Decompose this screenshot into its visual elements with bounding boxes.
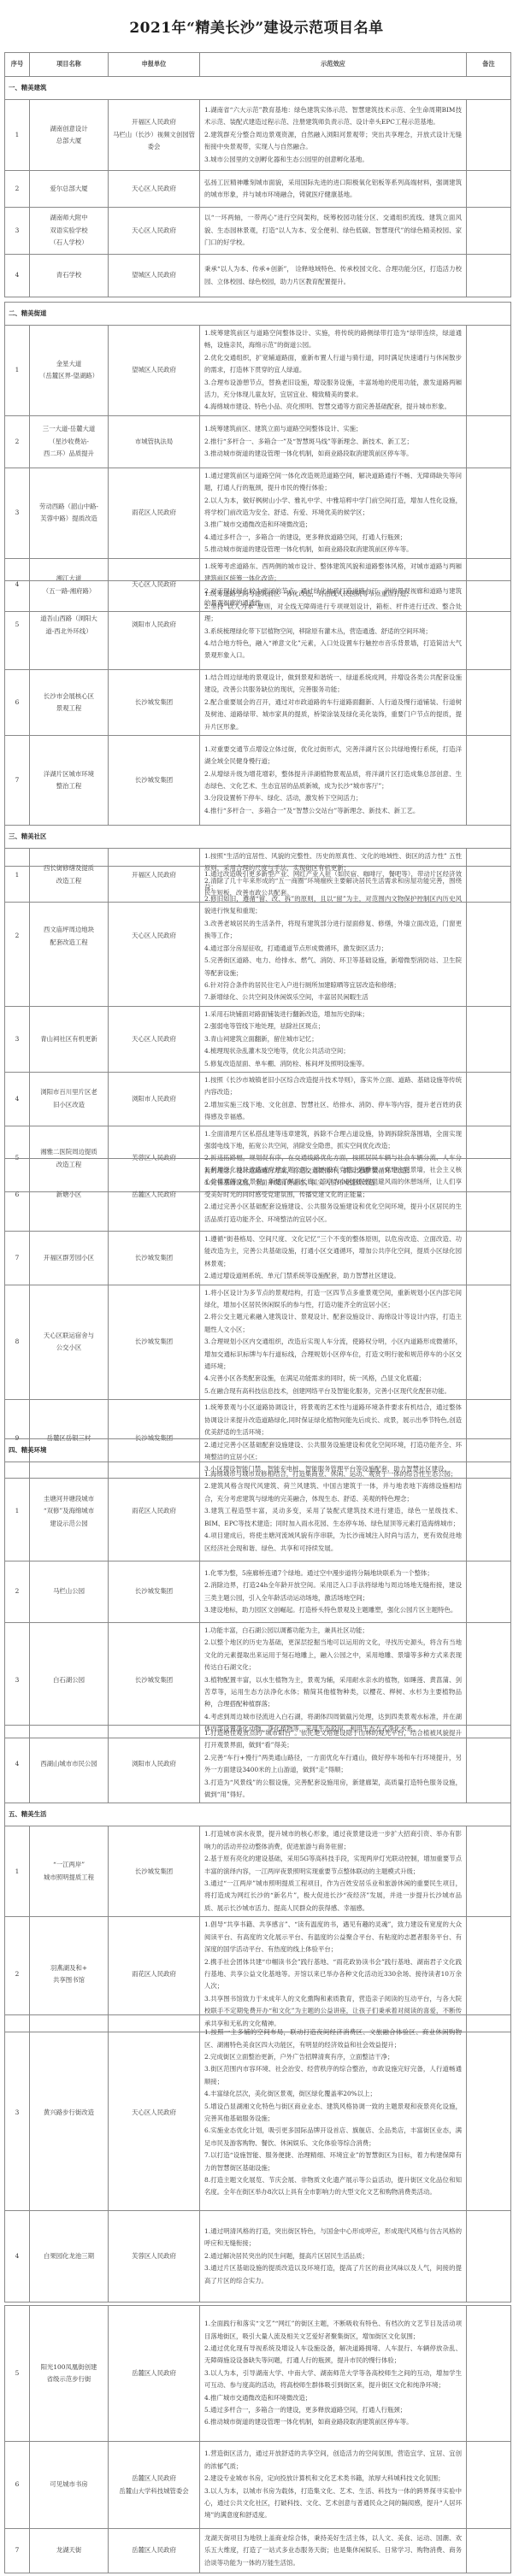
row-number: 6	[5, 670, 30, 736]
effect-item: 4.结合地方特色，融入“禅意文化”元素，入口处设置车行触控市音乐背景墙，打造简洁…	[204, 638, 462, 662]
project-name-line: 总部大厦	[33, 135, 104, 147]
demonstration-effect: 龙湖天街项目为地铁上盖商业综合体，秉持美好生活主体，以人文、美食、运动、国潮、欢…	[200, 2529, 467, 2573]
reporting-unit: 天心区人民政府	[109, 171, 200, 208]
project-name-line: 芙蓉中路）提质改造	[33, 513, 104, 525]
remarks	[467, 670, 511, 736]
project-name-line: 道吾山西路（浏阳大	[33, 613, 104, 625]
page-title: 2021年“精美长沙”建设示范项目名单	[0, 15, 513, 37]
table-row: 7龙湖天街岳麓区人民政府龙湖天街项目为地铁上盖商业综合体，秉持美好生活主体，以人…	[5, 2529, 511, 2573]
project-name-line: 爱尔总部大厦	[33, 183, 104, 195]
project-name-line: 三一大道-岳麓大道	[33, 423, 104, 435]
effect-item: 1.全面践行和落实“文艺”“网红”的街区主题，不断吸收有特色、有档次的文艺节目及…	[204, 2318, 462, 2343]
remarks	[467, 2529, 511, 2573]
project-name-line: 建设示范公园	[33, 1518, 104, 1530]
effect-item: 5.在融合现有高科技信息技术，创建网络平台及智能化服务，完善小区现代化配套功能。	[204, 1385, 462, 1397]
effect-item: 龙湖天街项目为地铁上盖商业综合体，秉持美好生活主体，以人文、美食、运动、国潮、欢…	[204, 2532, 462, 2569]
effect-item: 2.通过完善小区基础配套设施建设、公共服务设施建设和优化空间环境，提升小区居民的…	[204, 1201, 462, 1226]
effect-item: 1.功能丰富，白石湖公园以调蓄功能为主，兼具社区功能；	[204, 1625, 462, 1637]
reporting-unit: 长沙城发集团	[109, 1232, 200, 1285]
demonstration-effect: 1.遵循“街巷格局、空间尺度、文化记忆”三个不变的整体原则，以危房改造、立面改造…	[200, 1232, 467, 1285]
row-number: 2	[5, 171, 30, 208]
table-row: 4西湖山城市市民公园浏阳市人民政府1.打造绝佳观赏点的“城市阳台”。依托楚文塔建…	[5, 1726, 511, 1803]
effect-item: 以“一环两轴，一带两心”进行空间架构，统筹校园功能分区、交通组织流线、建筑立面风…	[204, 212, 462, 249]
table-row: 3劳动西路（韶山中路-芙蓉中路）提质改造雨花区人民政府1.通过建筑前区与道路空间…	[5, 468, 511, 558]
project-name: 金星大道（岳麓区界-望湖路）	[30, 326, 109, 416]
reporting-unit: 芙蓉区人民政府	[109, 2211, 200, 2303]
remarks	[467, 100, 511, 171]
section-heading-row: 一、精美建筑	[5, 77, 511, 100]
section-heading: 二、精美街道	[5, 303, 511, 326]
effect-item: 1.打造城市滨水夜景，提升城市的核心形象，通过夜景建设进一步扩大招商引资、举办有…	[204, 1828, 462, 1853]
reporting-unit: 岳麓区人民政府	[109, 1159, 200, 1232]
effect-item: 3.以人为本，以城市书房为载体，打造集文化、艺术、生活、科技为一体的跨界探寻实验…	[204, 2485, 462, 2522]
project-name-line: 公交小区	[33, 1342, 104, 1354]
reporting-unit: 长沙城发集团	[109, 736, 200, 826]
project-name: 长沙市会展核心区景观工程	[30, 670, 109, 736]
demonstration-effect: 1.湖南省“六大示范”教育基地：绿色建筑实体示范、智慧建筑技术示范、全生命周期B…	[200, 100, 467, 171]
project-name: 湖南创意设计总部大厦	[30, 100, 109, 171]
effect-item: 弘扬工匠精神雕刻城市面貌，采用国际先进的进口阳极氧化铝板等系列高端材料，强调建筑…	[204, 177, 462, 202]
row-number: 1	[5, 326, 30, 416]
effect-item: 2.通过解决居民突出的民生问题，提高片区居民生活品质；	[204, 2250, 462, 2262]
section-heading: 一、精美建筑	[5, 77, 511, 100]
reporting-unit-line: 岳麓区人民政府	[111, 2544, 197, 2556]
project-name-line: 青山祠社区有机更新	[33, 1033, 104, 1045]
effect-item: 4.海绵城市建设、特色小品、亮化照明、智慧交通等方面完善基础配套，提升城市形象。	[204, 401, 462, 413]
project-name-line: 新塘小区	[33, 1189, 104, 1201]
demonstration-effect: 秉承“以人为本、传承+创新”， 诠释地域特色、传承校园文化、合理功能分区，打造活…	[200, 255, 467, 297]
project-name: 浏阳市百川里片区老旧小区改造	[30, 1073, 109, 1126]
demonstration-effect: 1.利用绿化地块改造成党建主题公园，园内设有党建主题雕塑、党建主题景墙，社会主义…	[200, 1159, 467, 1232]
reporting-unit-line: 芙蓉区人民政府	[111, 2250, 197, 2262]
table-row: 2西文庙坪周边地块配套改造工程天心区人民政府1.通过改造吸引更多新型产业、网红产…	[5, 867, 511, 1007]
row-number: 1	[5, 1826, 30, 1917]
reporting-unit-line: 雨花区人民政府	[111, 507, 197, 519]
row-number: 3	[5, 2015, 30, 2211]
demonstration-effect: 1.化零为整，5座廊桥连通7个绿地。通过空中漫步道将分隔地块联系为一个整体；2.…	[200, 1561, 467, 1623]
table-row: 6可见城市书房岳麓区人民政府岳麓山大学科技城管委会1.营造街区活力，通过开放舒适…	[5, 2442, 511, 2529]
row-number: 4	[5, 1073, 30, 1126]
demonstration-effect: 1.通过改造吸引更多新型产业、网红产业入驻（如民宿、咖啡厅、餐吧等），带动片区经…	[200, 867, 467, 1007]
row-number: 8	[5, 1285, 30, 1400]
project-name-line: 配套改造工程	[33, 937, 104, 949]
table-row: 1“一江两岸”城市照明提质工程长沙城发集团1.打造城市滨水夜景，提升城市的核心形…	[5, 1826, 511, 1917]
project-name: 道吾山西路（浏阳大道-西北外环线）	[30, 581, 109, 670]
section-heading: 五、精美生活	[5, 1803, 511, 1826]
remarks	[467, 1073, 511, 1126]
effect-item: 1.遵循“街巷格局、空间尺度、文化记忆”三个不变的整体原则，以危房改造、立面改造…	[204, 1233, 462, 1270]
project-name-line: 白石湖公园	[33, 1674, 104, 1686]
reporting-unit: 长沙城发集团	[109, 1285, 200, 1400]
effect-item: 2.通过优化现有导视系统及增设人车设施设备，解决道路拥堵、人车混行、车辆停放杂乱…	[204, 2343, 462, 2367]
demonstration-effect: 1.全面践行和落实“文艺”“网红”的街区主题，不断吸收有特色、有档次的文艺节目及…	[200, 2306, 467, 2442]
effect-item: 1.利用绿化地块改造成党建主题公园，园内设有党建主题雕塑、党建主题景墙，社会主义…	[204, 1164, 462, 1201]
project-name: 青山祠社区有机更新	[30, 1007, 109, 1073]
effect-item: 2.优化交通组织，扩宽辅道路面，重新布置人行道与骑行道，同时满足快速通行与休闲散…	[204, 352, 462, 377]
table-row: 1湖南创意设计总部大厦开福区人民政府马栏山（长沙）视频文创园管委会1.湖南省“六…	[5, 100, 511, 171]
remarks	[467, 1285, 511, 1400]
effect-item: 3.改善老城居民的生活条件，将现有建筑部分进行屋面修复、修缮，外墙立面改造，门窗…	[204, 918, 462, 943]
demonstration-effect: 1.营造街区活力，通过开放舒适的共享空间，创造活力的空间氛围，营造宜学、宜居、宜…	[200, 2442, 467, 2529]
reporting-unit-line: 长沙城发集团	[111, 774, 197, 786]
project-name: 湖南师大附中双语实验学校（石人学校）	[30, 208, 109, 255]
effect-item: 2.携手社会团体共建“巾帼读书会”践行基地、“雨花政协读书会”践行基地、湖南君子…	[204, 1956, 462, 1993]
effect-item: 7.新增绿化、公共空间及休闲娱乐空间，丰富居民闲暇生活	[204, 991, 462, 1003]
reporting-unit: 长沙城发集团	[109, 670, 200, 736]
effect-item: 5.增设凸显湖湘文化特色与街区商业业态、建筑风格协调一致的主题景观和夜景亮化设施…	[204, 2101, 462, 2126]
row-number: 7	[5, 2529, 30, 2573]
row-number: 4	[5, 1726, 30, 1803]
effect-item: 1.全面清理片区私搭乱建等违章建筑，拆除不合理占道设施，协调拆除院落围墙，全面实…	[204, 1128, 462, 1153]
project-name-line: 双语实验学校	[33, 225, 104, 237]
project-name-line: 天心区联运宿舍与	[33, 1330, 104, 1342]
table-segment: 5道吾山西路（浏阳大道-西北外环线）浏阳市人民政府1.统筹道路空间与建筑前区一体…	[4, 580, 511, 903]
effect-item: 1.统筹道路空间与建筑前区一体化改造，对沿线人民医院等节点重点打造；	[204, 588, 462, 600]
effect-item: 1.统筹景观与小区道路协调设计，将景观的艺术性与道路环境条件要求有机结合，通过整…	[204, 1402, 462, 1438]
project-name-line: 羽燕湖及和+	[33, 1962, 104, 1974]
row-number: 6	[5, 2442, 30, 2529]
remarks	[467, 415, 511, 468]
table-row: 3黄兴路步行街改造天心区人民政府1.按照一主多辅的空间布局，联动打造夜间经济消费…	[5, 2015, 511, 2211]
section-heading-row: 五、精美生活	[5, 1803, 511, 1826]
effect-item: 2.强弱电等管线下地处理，祛除社区斑点；	[204, 1020, 462, 1032]
project-name-line: （石人学校）	[33, 237, 104, 249]
remarks	[467, 581, 511, 670]
project-name-line: 旧小区改造	[33, 1099, 104, 1111]
remarks	[467, 736, 511, 826]
effect-item: 4.丰富绿化层次，美化街区景观，街区绿化覆盖率20%以上；	[204, 2088, 462, 2100]
row-number: 2	[5, 867, 30, 1007]
demonstration-effect: 1.结合周边绿地的景观设计，做到景观和谐统一、绿道系统成网，并增设各类公共配套设…	[200, 670, 467, 736]
demonstration-effect: 1.采用石块铺面对路面铺装进行翻新改造，增加历史韵味；2.强弱电等管线下地处理，…	[200, 1007, 467, 1073]
reporting-unit-line: 浏阳市人民政府	[111, 619, 197, 631]
table-row: 3青山祠社区有机更新天心区人民政府1.采用石块铺面对路面铺装进行翻新改造，增加历…	[5, 1007, 511, 1073]
effect-item: 2.完善“车行+慢行”两类通山路径，一方面优化车行通山，做好停车场和车行环境提升…	[204, 1752, 462, 1777]
row-number: 1	[5, 1462, 30, 1561]
table-segment: 4西湖山城市市民公园浏阳市人民政府1.打造绝佳观赏点的“城市阳台”。依托楚文塔建…	[4, 1725, 511, 2032]
effect-item: 6.推动城市街道的建设管理一体化机制，如商业路段取消建筑前区停车等。	[204, 2416, 462, 2428]
effect-item: 5.修复改造屋面、单车棚、消防栓、栋间坪及照明设施等。	[204, 1058, 462, 1070]
reporting-unit-line: 雨花区人民政府	[111, 1968, 197, 1980]
reporting-unit-line: 岳麓区人民政府	[111, 1189, 197, 1201]
demonstration-effect: 1.按照一主多辅的空间布局，联动打造夜间经济消费区、文旅融合体验区、商业休闲购物…	[200, 2015, 467, 2211]
remarks	[467, 2306, 511, 2442]
reporting-unit-line: 岳麓区人民政府	[111, 2473, 197, 2485]
table-row: 8天心区联运宿舍与公交小区长沙城发集团1.将小区设计为多节点的景观结构，打造一区…	[5, 1285, 511, 1400]
demonstration-effect: 1.按照《长沙市城镇老旧小区综合改造提升技术导则》，落实外立面、道路、基础设施等…	[200, 1073, 467, 1126]
project-name: 黄兴路步行街改造	[30, 2015, 109, 2211]
reporting-unit-line: 长沙城发集团	[111, 1585, 197, 1597]
project-name-line: 金星大道	[33, 358, 104, 370]
project-name-line: 开福区群芳园小区	[33, 1252, 104, 1264]
project-name-line: “一江两岸”	[33, 1859, 104, 1871]
reporting-unit: 开福区人民政府马栏山（长沙）视频文创园管委会	[109, 100, 200, 171]
row-number: 4	[5, 2211, 30, 2303]
effect-item: 4.通过部分房屋征收，打通通道节点形成微循环，激发街区活力；	[204, 943, 462, 955]
effect-item: 2.通过增设道闸系统、单元门禁系统等设施配套，助力智慧社区建设。	[204, 1270, 462, 1282]
row-number: 7	[5, 736, 30, 826]
reporting-unit-line: 天心区人民政府	[111, 1033, 197, 1045]
reporting-unit-line: 长沙城发集团	[111, 1336, 197, 1348]
project-name: 三一大道-岳麓大道（星沙收费站-西二环）品质提升	[30, 415, 109, 468]
reporting-unit: 天心区人民政府	[109, 2015, 200, 2211]
project-name-line: 道-西北外环线）	[33, 626, 104, 638]
table-segment: 四、精美环境1圭塘河井塘段城市“双修”及海绵城市建设示范公园雨花区人民政府1.海…	[4, 1438, 511, 1738]
remarks	[467, 1826, 511, 1917]
demonstration-effect: 1.统筹道路空间与建筑前区一体化改造，对沿线人民医院等节点重点打造；2.坚持“以…	[200, 581, 467, 670]
remarks	[467, 1561, 511, 1623]
demonstration-effect: 以“一环两轴，一带两心”进行空间架构，统筹校园功能分区、交通组织流线、建筑立面风…	[200, 208, 467, 255]
project-name-line: 可见城市书房	[33, 2479, 104, 2491]
project-name-line: 马栏山公园	[33, 1585, 104, 1597]
effect-item: 3.青山祠建筑立面翻新，留住城市记忆；	[204, 1033, 462, 1045]
project-name-line: 西湖山城市市民公园	[33, 1758, 104, 1770]
row-number: 3	[5, 1623, 30, 1738]
effect-item: 1.按照一主多辅的空间布局，联动打造夜间经济消费区、文旅融合体验区、商业休闲购物…	[204, 2026, 462, 2051]
table-row: 6长沙市会展核心区景观工程长沙城发集团1.结合周边绿地的景观设计，做到景观和谐统…	[5, 670, 511, 736]
effect-item: 3.合理布设游憩节点，替换老旧设施，增设服务设施，丰富场地的使用功能，激发道路两…	[204, 377, 462, 402]
project-name: 洋湖片区城市环境整治工程	[30, 736, 109, 826]
reporting-unit-line: 开福区人民政府	[111, 116, 197, 128]
project-name: 西湖山城市市民公园	[30, 1726, 109, 1803]
effect-item: 2.将公交主题元素融入建筑设计、景观设计、配套设施设计、海绵设计等设计内容，打造…	[204, 1311, 462, 1336]
effect-item: 3.建筑工程造型丰富，灵动多变，采用了装配式建筑技术进行建造，绿色一星级技术、B…	[204, 1505, 462, 1530]
reporting-unit-line: 长沙城发集团	[111, 1252, 197, 1264]
remarks	[467, 1007, 511, 1073]
effect-item: 1.海绵城市与城市双修相结合，打造集商业、休闲、运动、观赏于一体的综合性生态公园…	[204, 1468, 462, 1480]
reporting-unit: 长沙城发集团	[109, 1561, 200, 1623]
reporting-unit-line: 浏阳市人民政府	[111, 1093, 197, 1105]
reporting-unit: 天心区人民政府	[109, 208, 200, 255]
effect-item: 2.建筑风格含现代风建筑、荷兰风建筑、中国古建筑于一体，并与地表地下海绵设施相结…	[204, 1480, 462, 1505]
table-row: 4青石学校望城区人民政府秉承“以人为本、传承+创新”， 诠释地域特色、传承校园文…	[5, 255, 511, 297]
reporting-unit: 市城管执法局	[109, 415, 200, 468]
effect-item: 1.按照《长沙市城镇老旧小区综合改造提升技术导则》，落实外立面、道路、基础设施等…	[204, 1074, 462, 1099]
project-name-line: 黄兴路步行街改造	[33, 2107, 104, 2119]
effect-item: 3.街区范围内市容环境、社会治安、经营秩序的综合整治，市政设施完好完备，人行道畅…	[204, 2063, 462, 2088]
demonstration-effect: 弘扬工匠精神雕刻城市面貌，采用国际先进的进口阳极氧化铝板等系列高端材料，强调建筑…	[200, 171, 467, 208]
project-name: 开福区群芳园小区	[30, 1232, 109, 1285]
effect-item: 5.完善街区道路、电力、给排水、燃气、消防、环卫等基础设施，新增微型消防站、卫生…	[204, 955, 462, 979]
reporting-unit-line: 天心区人民政府	[111, 225, 197, 237]
effect-item: 8.打造主题文化展览、节庆会展、非物质文化遗产展示等公益活动，提升街区文化品位和…	[204, 2174, 462, 2199]
table-row: 5阳光100凤凰街创建省级示范步行街岳麓区人民政府1.全面践行和落实“文艺”“网…	[5, 2306, 511, 2442]
reporting-unit: 浏阳市人民政府	[109, 1726, 200, 1803]
effect-item: 4.推行“多杆合一、多箱合一”及“智慧公交站台”等新理念、新技术、新工艺。	[204, 805, 462, 817]
effect-item: 2.以整个地区的历史为基础，更深层挖掘当地可以运用的文化，寻找历史源头，将含有当…	[204, 1637, 462, 1673]
effect-item: 1.对重要交通节点增设立体过街，优化过街形式，完善洋湖片区公共绿地慢行系统，打造…	[204, 744, 462, 768]
effect-item: 4.通过多杆合一，多箱合一的建设，更多释放道路空间，打通人行瓶颈；	[204, 532, 462, 544]
table-segment: 5阳光100凤凰街创建省级示范步行街岳麓区人民政府1.全面践行和落实“文艺”“网…	[4, 2305, 511, 2573]
project-name-line: 龙湖天街	[33, 2544, 104, 2556]
effect-item: 1.统筹建筑前区、建筑立面与道路空间整体设计、实施；	[204, 423, 462, 435]
column-header-note: 备注	[467, 53, 511, 77]
reporting-unit: 望城区人民政府	[109, 326, 200, 416]
effect-item: 4.项目建成后，将使圭塘河流域风貌有序串联，为长沙南城注入时尚与活力，更有效促进…	[204, 1530, 462, 1555]
project-name-line: 湖南创意设计	[33, 123, 104, 135]
effect-item: 1.营造街区活力，通过开放舒适的共享空间，创造活力的空间氛围，营造宜学、宜居、宜…	[204, 2448, 462, 2473]
reporting-unit-line: 望城区人民政府	[111, 364, 197, 376]
effect-item: 1.通过改造吸引更多新型产业、网红产业入驻（如民宿、咖啡厅、餐吧等），带动片区经…	[204, 868, 462, 893]
project-name-line: 省级示范步行街	[33, 2373, 104, 2385]
effect-item: 1.打造绝佳观赏点的“城市阳台”。依托楚文塔建设隐于山林的观光平台，结合植被风貌…	[204, 1727, 462, 1752]
effect-item: 3.推广城市交通微改造和环境微改造；	[204, 519, 462, 531]
reporting-unit-line: 雨花区人民政府	[111, 1505, 197, 1517]
demonstration-effect: 1.通过建筑前区与道路空间一体化改造规范道路空间，解决道路通行不畅、无障碍缺失等…	[200, 468, 467, 558]
reporting-unit-line: 长沙城发集团	[111, 697, 197, 709]
table-row: 6新塘小区岳麓区人民政府1.利用绿化地块改造成党建主题公园，园内设有党建主题雕塑…	[5, 1159, 511, 1232]
table-row: 2马栏山公园长沙城发集团1.化零为整，5座廊桥连通7个绿地。通过空中漫步道将分隔…	[5, 1561, 511, 1623]
demonstration-effect: 1.打造绝佳观赏点的“城市阳台”。依托楚文塔建设隐于山林的观光平台，结合植被风貌…	[200, 1726, 467, 1803]
reporting-unit-line: 天心区人民政府	[111, 183, 197, 195]
reporting-unit: 天心区人民政府	[109, 867, 200, 1007]
project-name-line: （星沙收费站-	[33, 436, 104, 448]
effect-item: 2.基于原有亮化的建设基础，采用5G等高科技手段，实现两岸灯光联动控制，增加重要…	[204, 1853, 462, 1878]
reporting-unit: 长沙城发集团	[109, 1623, 200, 1738]
table-row: 3白石湖公园长沙城发集团1.功能丰富，白石湖公园以调蓄功能为主，兼具社区功能；2…	[5, 1623, 511, 1738]
effect-item: 3.合理规划小区内交通组织，改造后实现人车分流，使路权分明，小区内道路形成微循环…	[204, 1336, 462, 1373]
project-name-line: 景观工程	[33, 703, 104, 715]
reporting-unit: 岳麓区人民政府	[109, 2529, 200, 2573]
project-name-line: 圭塘河井塘段城市	[33, 1493, 104, 1505]
row-number: 1	[5, 100, 30, 171]
effect-item: 4.梳理现状杂乱灌木及空地等，优化公共活动空间；	[204, 1045, 462, 1057]
remarks	[467, 2442, 511, 2529]
project-name-line: 西文庙坪周边地块	[33, 924, 104, 936]
reporting-unit-line: 望城区人民政府	[111, 269, 197, 281]
table-row: 4白果园化龙池三期芙蓉区人民政府1.通过明清风格的打造，突出街区特色，与国金中心…	[5, 2211, 511, 2303]
project-name: 劳动西路（韶山中路-芙蓉中路）提质改造	[30, 468, 109, 558]
effect-item: 3.打造为“风景线”的公服设施，完善配套设施用房，新建廊架，高质量打造特色服务设…	[204, 1777, 462, 1802]
project-name-line: 湘雅二医院周边提质	[33, 1146, 104, 1158]
reporting-unit: 浏阳市人民政府	[109, 1073, 200, 1126]
effect-item: 2.坚持“以人为本”原则，对全线无障碍进行专项规划设计，箱柜、杆件进行迁改、整合…	[204, 601, 462, 626]
project-name-line: 劳动西路（韶山中路-	[33, 501, 104, 513]
effect-item: 2.完成街区立面整治更新，户外广告招牌清爽有序，立面整洁干净；	[204, 2051, 462, 2063]
remarks	[467, 1623, 511, 1738]
effect-item: 秉承“以人为本、传承+创新”， 诠释地域特色、传承校园文化、合理功能分区，打造活…	[204, 263, 462, 288]
project-name-line: 西二环）品质提升	[33, 448, 104, 460]
remarks	[467, 1159, 511, 1232]
section-heading: 四、精美环境	[5, 1439, 511, 1462]
reporting-unit-line: 岳麓山大学科技城管委会	[111, 2485, 197, 2497]
effect-item: 5.推动城市街道的建设管理一体化机制，如商业路段取消建筑前区停车等。	[204, 544, 462, 556]
remarks	[467, 1726, 511, 1803]
project-name-line: （岳麓区界-望湖路）	[33, 370, 104, 382]
column-header-effect: 示范效应	[200, 53, 467, 77]
effect-item: 6.针对符合条件的居民住宅入户进行厕所加建晾晒等宜居改造和修缮；	[204, 979, 462, 991]
effect-item: 4.完善小区各类配套设施，在满足功能需求的同时，统一风格，凸显文化底蕴；	[204, 1373, 462, 1385]
column-header-name: 项目名称	[30, 53, 109, 77]
table-row: 1圭塘河井塘段城市“双修”及海绵城市建设示范公园雨花区人民政府1.海绵城市与城市…	[5, 1462, 511, 1561]
effect-item: 2.消除边界，打造24h全年龄开放空间。采用泛入口手法将绿地与周边场地无缝衔接，…	[204, 1579, 462, 1604]
effect-item: 1.结合周边绿地的景观设计，做到景观和谐统一、绿道系统成网，并增设各类公共配套设…	[204, 672, 462, 697]
project-name-line: 共享图书馆	[33, 1974, 104, 1986]
reporting-unit: 浏阳市人民政府	[109, 581, 200, 670]
row-number: 4	[5, 255, 30, 297]
row-number: 7	[5, 1232, 30, 1285]
effect-item: 3.推动城市街道的建设管理一体化机制，如商业路段取消建筑前区停车等。	[204, 448, 462, 460]
table-segment: 二、精美街道1金星大道（岳麓区界-望湖路）望城区人民政府1.统筹建筑前区与道路空…	[4, 302, 511, 612]
effect-item: 3.通过片区基础设施的提质改造以及环境打造，提高了片区的商业风味以及人气，间接的…	[204, 2262, 462, 2287]
project-name: “一江两岸”城市照明提质工程	[30, 1826, 109, 1917]
effect-item: 1.将小区设计为多节点的景观结构，打造一区四节点多重景观空间，重新规划小区内部宅…	[204, 1287, 462, 1312]
effect-item: 2.建设专业城市书房，定向投放计算机和文化艺术类书籍，浓厚大科城科技文化氛围；	[204, 2473, 462, 2485]
reporting-unit-line: 浏阳市人民政府	[111, 1758, 197, 1770]
project-name-line: 白果园化龙池三期	[33, 2250, 104, 2262]
reporting-unit: 岳麓区人民政府岳麓山大学科技城管委会	[109, 2442, 200, 2529]
demonstration-effect: 1.海绵城市与城市双修相结合，打造集商业、休闲、运动、观赏于一体的综合性生态公园…	[200, 1462, 467, 1561]
effect-item: 1.统筹建筑前区与道路空间整体设计、实施，将传统的路侧绿带打造为“绿带连续，绿道…	[204, 327, 462, 352]
project-name: 天心区联运宿舍与公交小区	[30, 1285, 109, 1400]
effect-item: 1.化零为整，5座廊桥连通7个绿地。通过空中漫步道将分隔地块联系为一个整体；	[204, 1567, 462, 1579]
reporting-unit: 望城区人民政府	[109, 255, 200, 297]
effect-item: 2.推行“多杆合一、多箱合一”及“智慧斑马线”等新理念、新技术、新工艺；	[204, 436, 462, 448]
table-row: 3湖南师大附中双语实验学校（石人学校）天心区人民政府以“一环两轴，一带两心”进行…	[5, 208, 511, 255]
row-number: 3	[5, 1007, 30, 1073]
reporting-unit-line: 天心区人民政府	[111, 2107, 197, 2119]
effect-item: 5.通过多杆合一，多箱合一的建设，更多释放道路空间，打通人行瓶颈；	[204, 2404, 462, 2416]
remarks	[467, 1232, 511, 1285]
project-name-line: 洋湖片区城市环境	[33, 768, 104, 780]
project-name-line: 湖南师大附中	[33, 212, 104, 224]
project-name: 青石学校	[30, 255, 109, 297]
remarks	[467, 255, 511, 297]
remarks	[467, 208, 511, 255]
column-header-unit: 申报单位	[109, 53, 200, 77]
effect-item: 3.通过“一江两岸”城市照明提质工程项目，作为百姓安居乐业和旅游休闲的重要民生项…	[204, 1878, 462, 1914]
effect-item: 3.系统梳理绿化带下层植物空间，移除原有灌木丛，营造通透、舒适的空间环境；	[204, 626, 462, 638]
demonstration-effect: 1.通过明清风格的打造，突出街区特色，与国金中心形成呼应，形成现代风格与仿古风格…	[200, 2211, 467, 2303]
effect-item: 3.建设地标，助力园区文创崛起。打造桥头特色景观及主题雕塑，强化公园片区主题特色…	[204, 1604, 462, 1616]
table-row: 5道吾山西路（浏阳大道-西北外环线）浏阳市人民政府1.统筹道路空间与建筑前区一体…	[5, 581, 511, 670]
project-name-line: 长沙市会展核心区	[33, 691, 104, 703]
row-number: 2	[5, 415, 30, 468]
remarks	[467, 326, 511, 416]
effect-item: 2.以人为本，做好枫树山小学、雅礼中学、中雅培粹中学门前空间打造，增加人性化设施…	[204, 495, 462, 520]
section-heading-row: 三、精美社区	[5, 826, 511, 849]
reporting-unit-line: 长沙城发集团	[111, 1674, 197, 1686]
demonstration-effect: 1.打造城市滨水夜景，提升城市的核心形象，通过夜景建设进一步扩大招商引资、举办有…	[200, 1826, 467, 1917]
effect-item: 1.通过建筑前区与道路空间一体化改造规范道路空间，解决道路通行不畅、无障碍缺失等…	[204, 470, 462, 495]
reporting-unit-line: 岳麓区人民政府	[111, 2367, 197, 2379]
effect-item: 3.植物配置丰富，以水生植物为主，景观为辅，采用耐水亲水的植物，如睡莲、黄菖蒲、…	[204, 1674, 462, 1711]
demonstration-effect: 1.将小区设计为多节点的景观结构，打造一区四节点多重景观空间，重新规划小区内部宅…	[200, 1285, 467, 1400]
row-number: 6	[5, 1159, 30, 1232]
project-name: 爱尔总部大厦	[30, 171, 109, 208]
remarks	[467, 1462, 511, 1561]
effect-item: 1.采用石块铺面对路面铺装进行翻新改造，增加历史韵味；	[204, 1009, 462, 1020]
reporting-unit: 岳麓区人民政府	[109, 2306, 200, 2442]
remarks	[467, 2015, 511, 2211]
section-heading-row: 四、精美环境	[5, 1439, 511, 1462]
effect-item: 1.倡导“共享书籍、共享感言”、“读有温度的书，遇见有趣的灵魂”，致力建设有宽度…	[204, 1919, 462, 1956]
row-number: 3	[5, 208, 30, 255]
project-name: 龙湖天街	[30, 2529, 109, 2573]
table-row: 2三一大道-岳麓大道（星沙收费站-西二环）品质提升市城管执法局1.统筹建筑前区、…	[5, 415, 511, 468]
table-row: 4浏阳市百川里片区老旧小区改造浏阳市人民政府1.按照《长沙市城镇老旧小区综合改造…	[5, 1073, 511, 1126]
remarks	[467, 171, 511, 208]
section-heading: 三、精美社区	[5, 826, 511, 849]
project-name: 可见城市书房	[30, 2442, 109, 2529]
demonstration-effect: 1.对重要交通节点增设立体过街，优化过街形式，完善洋湖片区公共绿地慢行系统，打造…	[200, 736, 467, 826]
reporting-unit-line: 马栏山（长沙）视频文创园管委会	[111, 129, 197, 154]
effect-item: 2.从增绿升级为增花增彩，整体提升洋湖植物景观品质，将洋湖片区打造成集总部创意、…	[204, 768, 462, 793]
table-header-row: 序号项目名称申报单位示范效应备注	[5, 53, 511, 77]
table-row: 1金星大道（岳麓区界-望湖路）望城区人民政府1.统筹建筑前区与道路空间整体设计、…	[5, 326, 511, 416]
effect-item: 4.推广城市交通微改造和环境微改造；	[204, 2392, 462, 2404]
reporting-unit: 雨花区人民政府	[109, 468, 200, 558]
